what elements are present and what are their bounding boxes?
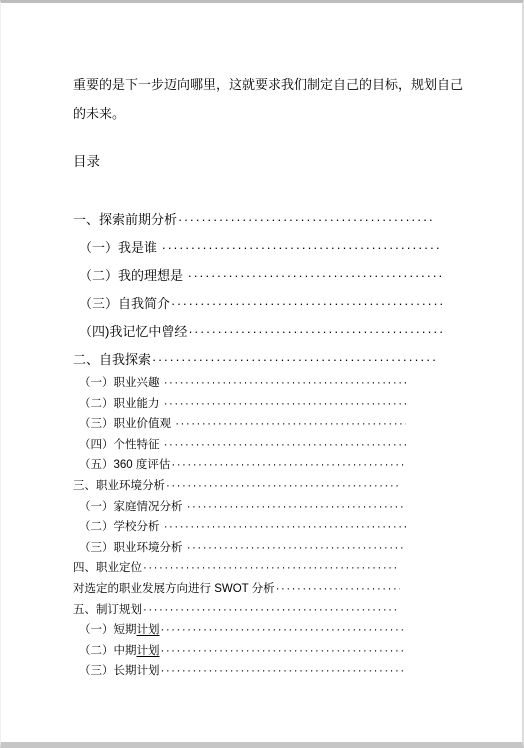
toc-entry-label: 五、制订规划 [73, 600, 142, 621]
toc-entry-label: （一）短期 [79, 620, 137, 641]
toc-entry-label: 四、职业定位 [73, 558, 142, 579]
dot-leader: ········································… [143, 600, 400, 621]
toc-entry-label: （二）职业能力 [79, 394, 163, 415]
toc-entry: （一）家庭情况分析 ······························… [73, 497, 406, 518]
toc-entry: （四)我记忆中曾经·······························… [73, 318, 442, 346]
dot-leader: ········································… [276, 579, 400, 600]
dot-leader: ········································… [152, 346, 436, 374]
toc-entry-label: 二、自我探索 [73, 346, 151, 374]
toc-entry: 二、自我探索··································… [73, 346, 436, 374]
dot-leader: ········································… [187, 497, 406, 518]
document-page: 重要的是下一步迈向哪里，这就要求我们制定自己的目标，规划自己的未来。 目录 一、… [0, 0, 524, 748]
toc-entry: （二）学校分析 ································… [73, 517, 406, 538]
toc-entry-link[interactable]: 计划 [137, 620, 160, 641]
dot-leader: ········································… [166, 476, 400, 497]
toc-entry: 对选定的职业发展方向进行 SWOT 分析····················… [73, 579, 400, 600]
toc-entry: （四）个性特征 ································… [73, 435, 406, 456]
toc-entry-label: （五）360 度评估 [79, 455, 170, 476]
toc-entry-label: （三）职业价值观 [79, 414, 174, 435]
dot-leader: ········································… [188, 262, 442, 290]
toc-entry: （三）职业价值观 ·······························… [73, 414, 406, 435]
toc-entry-label: （三）职业环境分析 [79, 538, 186, 559]
toc-entry-label: （一）家庭情况分析 [79, 497, 186, 518]
toc-entry-label: 三、职业环境分析 [73, 476, 165, 497]
toc-entry-label: （二）中期 [79, 641, 137, 662]
toc-entry-label: （一）职业兴趣 [79, 373, 163, 394]
toc-entry-label: （二）我的理想是 [79, 262, 187, 290]
dot-leader: ········································… [178, 206, 436, 234]
dot-leader: ········································… [187, 538, 406, 559]
toc-entry: （三）职业环境分析 ······························… [73, 538, 406, 559]
dot-leader: ········································… [171, 290, 442, 318]
dot-leader: ········································… [164, 517, 406, 538]
toc-entry: （二）我的理想是 ·······························… [73, 262, 442, 290]
toc-entry-label: （二）学校分析 [79, 517, 163, 538]
dot-leader: ········································… [188, 318, 442, 346]
toc-entry: 四、职业定位··································… [73, 558, 400, 579]
toc-entry-label: 一、探索前期分析 [73, 206, 177, 234]
toc-entry: （二）职业能力 ································… [73, 394, 406, 415]
body-paragraph: 重要的是下一步迈向哪里，这就要求我们制定自己的目标，规划自己的未来。 [73, 70, 465, 128]
dot-leader: ········································… [162, 234, 442, 262]
toc-entry-label: 对选定的职业发展方向进行 SWOT 分析 [73, 579, 275, 600]
toc-entry: （一）职业兴趣 ································… [73, 373, 406, 394]
toc-entry-link[interactable]: 计划 [137, 641, 160, 662]
toc-entry-label: （三）自我简介 [79, 290, 170, 318]
dot-leader: ········································… [164, 373, 406, 394]
dot-leader: ········································… [171, 455, 406, 476]
toc-title: 目录 [73, 153, 100, 170]
toc-entry: 一、探索前期分析································… [73, 206, 436, 234]
toc-entry-label: （一）我是谁 [79, 234, 161, 262]
toc-entry-label: （四)我记忆中曾经 [79, 318, 187, 346]
toc-entry: （一）我是谁 ·································… [73, 234, 442, 262]
dot-leader: ········································… [161, 661, 407, 682]
toc-entry-label: （三）长期计划 [79, 661, 160, 682]
toc-list-large: 一、探索前期分析································… [73, 206, 442, 374]
toc-entry: （二）中期计划·································… [73, 641, 406, 662]
toc-entry: （三）长期计划·································… [73, 661, 406, 682]
dot-leader: ········································… [164, 394, 406, 415]
dot-leader: ········································… [143, 558, 400, 579]
dot-leader: ········································… [161, 641, 407, 662]
toc-entry: 五、制订规划··································… [73, 600, 400, 621]
dot-leader: ········································… [175, 414, 406, 435]
toc-entry: 三、职业环境分析································… [73, 476, 400, 497]
toc-entry: （五）360 度评估······························… [73, 455, 406, 476]
toc-entry-label: （四）个性特征 [79, 435, 163, 456]
toc-entry: （三）自我简介·································… [73, 290, 442, 318]
dot-leader: ········································… [161, 620, 407, 641]
toc-entry: （一）短期计划·································… [73, 620, 406, 641]
dot-leader: ········································… [164, 435, 406, 456]
toc-list-small: （一）职业兴趣 ································… [73, 373, 406, 682]
